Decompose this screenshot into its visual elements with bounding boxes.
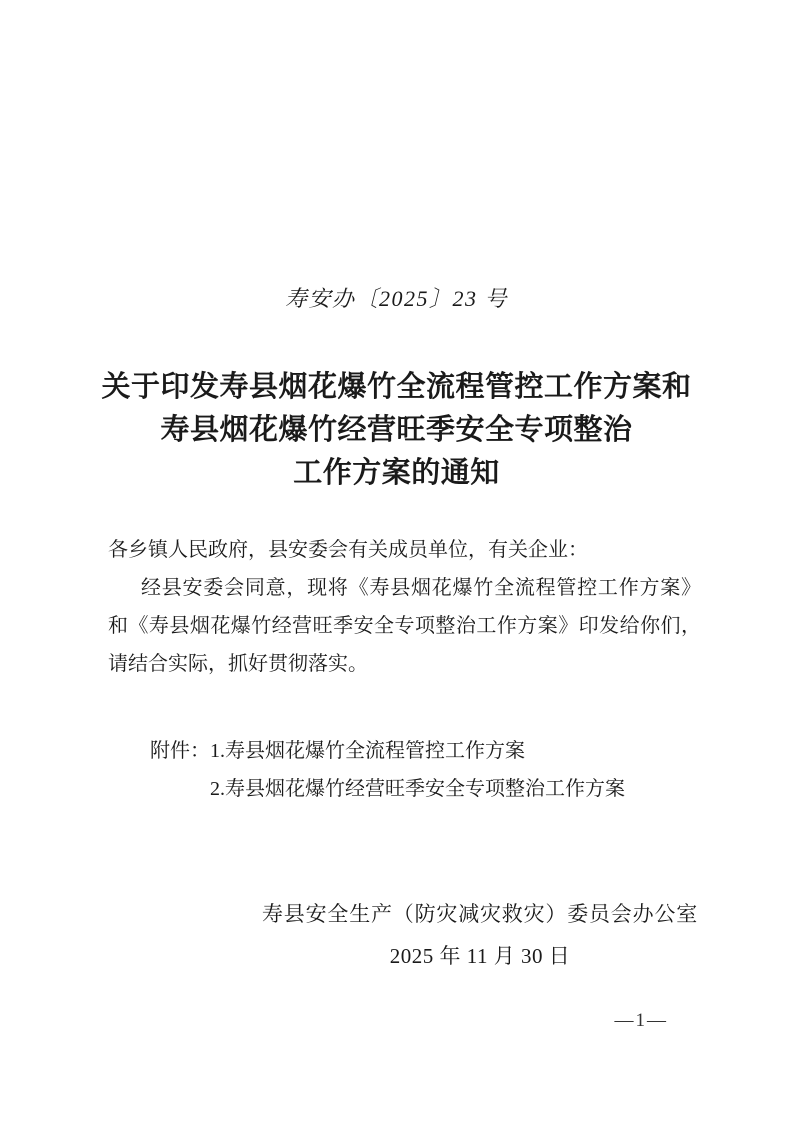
doc-number: 寿安办〔2025〕23 号: [0, 282, 793, 313]
body-line-2: 和《寿县烟花爆竹经营旺季安全专项整治工作方案》印发给你们，: [108, 607, 701, 645]
title-line-1: 关于印发寿县烟花爆竹全流程管控工作方案和: [0, 366, 793, 409]
body-line-1: 经县安委会同意，现将《寿县烟花爆竹全流程管控工作方案》: [108, 569, 701, 607]
document-page: 寿安办〔2025〕23 号 关于印发寿县烟花爆竹全流程管控工作方案和 寿县烟花爆…: [0, 0, 793, 1122]
attachment-item-2: 2.寿县烟花爆竹经营旺季安全专项整治工作方案: [150, 770, 625, 808]
title-line-2: 寿县烟花爆竹经营旺季安全专项整治: [0, 409, 793, 452]
title-line-3: 工作方案的通知: [0, 452, 793, 495]
attachment-item-1: 附件：1.寿县烟花爆竹全流程管控工作方案: [150, 732, 625, 770]
attachment-item-1-text: 1.寿县烟花爆竹全流程管控工作方案: [210, 740, 525, 762]
body-line-3: 请结合实际，抓好贯彻落实。: [108, 645, 701, 683]
document-title: 关于印发寿县烟花爆竹全流程管控工作方案和 寿县烟花爆竹经营旺季安全专项整治 工作…: [0, 366, 793, 495]
document-body: 各乡镇人民政府，县安委会有关成员单位，有关企业： 经县安委会同意，现将《寿县烟花…: [108, 531, 701, 683]
signature-block: 寿县安全生产（防灾减灾救灾）委员会办公室 2025 年 11 月 30 日: [262, 893, 698, 977]
attachments-list: 附件：1.寿县烟花爆竹全流程管控工作方案 2.寿县烟花爆竹经营旺季安全专项整治工…: [150, 732, 625, 808]
page-number: —1—: [615, 1010, 669, 1032]
issue-date: 2025 年 11 月 30 日: [262, 935, 698, 977]
attachment-item-2-text: 2.寿县烟花爆竹经营旺季安全专项整治工作方案: [210, 778, 625, 800]
issuing-organization: 寿县安全生产（防灾减灾救灾）委员会办公室: [262, 893, 698, 935]
salutation-line: 各乡镇人民政府，县安委会有关成员单位，有关企业：: [108, 531, 701, 569]
attachments-label: 附件：: [150, 740, 210, 762]
